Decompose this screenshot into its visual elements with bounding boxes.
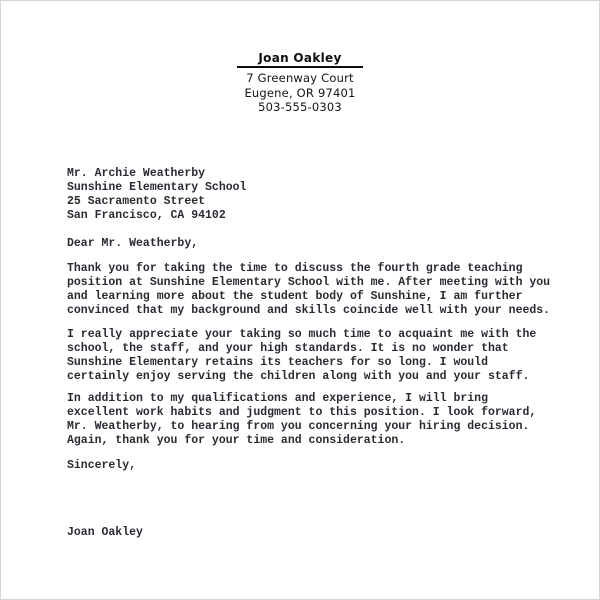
salutation: Dear Mr. Weatherby, [67,237,567,251]
closing: Sincerely, [67,459,567,473]
recipient-city: San Francisco, CA 94102 [67,209,567,223]
letter-body: Mr. Archie Weatherby Sunshine Elementary… [67,167,567,540]
recipient-organization: Sunshine Elementary School [67,181,567,195]
paragraph-2: I really appreciate your taking so much … [67,328,567,384]
sender-address-city: Eugene, OR 97401 [1,86,599,101]
paragraph-3: In addition to my qualifications and exp… [67,392,567,448]
sender-phone: 503-555-0303 [1,100,599,115]
sender-name: Joan Oakley [237,51,362,68]
letter-page: Joan Oakley 7 Greenway Court Eugene, OR … [0,0,600,600]
letterhead: Joan Oakley 7 Greenway Court Eugene, OR … [1,49,599,115]
recipient-name: Mr. Archie Weatherby [67,167,567,181]
recipient-address-block: Mr. Archie Weatherby Sunshine Elementary… [67,167,567,223]
paragraph-1: Thank you for taking the time to discuss… [67,262,567,318]
signature-name: Joan Oakley [67,526,567,540]
recipient-street: 25 Sacramento Street [67,195,567,209]
sender-address-street: 7 Greenway Court [1,71,599,86]
